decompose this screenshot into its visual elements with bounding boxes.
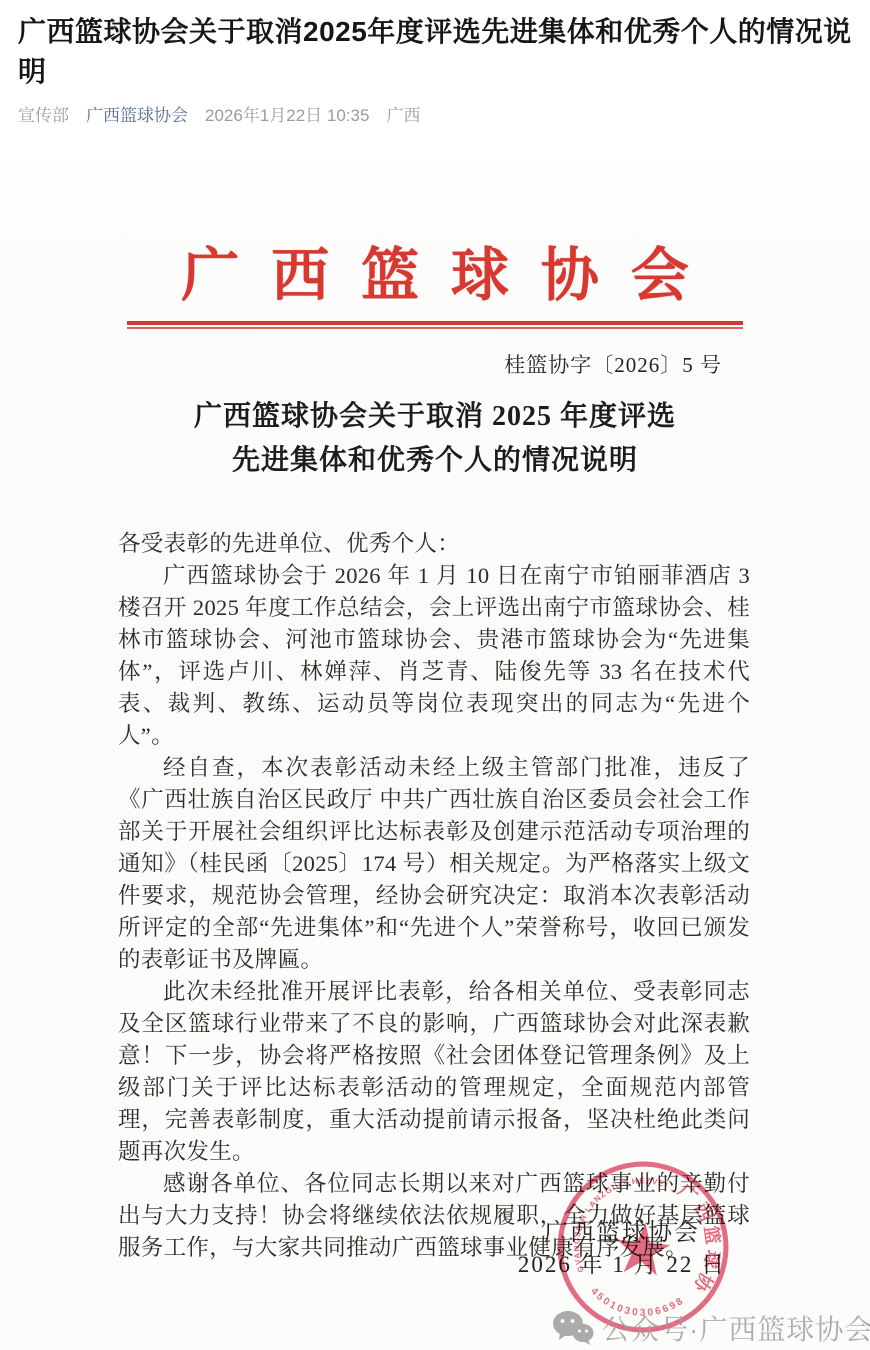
paragraph-3: 此次未经批准开展评比表彰，给各相关单位、受表彰同志及全区篮球行业带来了不良的影响…: [118, 976, 750, 1168]
seal-ring-text: GVANGJSIH LANZGIUZ HEZVEI 广西篮球协会: [543, 1147, 735, 1301]
publish-datetime: 2026年1月22日 10:35: [205, 101, 369, 126]
seal-star-icon: [613, 1220, 672, 1277]
letterhead-title: 广西篮球协会: [0, 228, 870, 312]
account-link[interactable]: 广西篮球协会: [86, 101, 188, 126]
publish-location: 广西: [386, 101, 420, 126]
doc-body: 各受表彰的先进单位、优秀个人： 广西篮球协会于 2026 年 1 月 10 日在…: [118, 528, 750, 1264]
page-title: 广西篮球协会关于取消2025年度评选先进集体和优秀个人的情况说明: [18, 12, 856, 92]
watermark-label: 公众号·广西篮球协会: [602, 1308, 870, 1348]
letterhead-rule: [127, 321, 743, 329]
article-meta: 宣传部 广西篮球协会 2026年1月22日 10:35 广西: [18, 101, 420, 126]
doc-title: 广西篮球协会关于取消 2025 年度评选 先进集体和优秀个人的情况说明: [0, 395, 870, 483]
scanned-letter-image[interactable]: 广西篮球协会 桂篮协字〔2026〕5 号 广西篮球协会关于取消 2025 年度评…: [0, 160, 870, 1350]
doc-title-line2: 先进集体和优秀个人的情况说明: [0, 439, 870, 483]
salutation: 各受表彰的先进单位、优秀个人：: [118, 528, 750, 560]
doc-number: 桂篮协字〔2026〕5 号: [504, 349, 722, 379]
author-label: 宣传部: [18, 101, 69, 126]
paragraph-2: 经自查，本次表彰活动未经上级主管部门批准，违反了《广西壮族自治区民政厅 中共广西…: [118, 752, 750, 976]
account-watermark: 公众号·广西篮球协会: [552, 1308, 870, 1348]
wechat-icon: [552, 1310, 594, 1346]
doc-title-line1: 广西篮球协会关于取消 2025 年度评选: [0, 395, 870, 439]
paragraph-1: 广西篮球协会于 2026 年 1 月 10 日在南宁市铂丽菲酒店 3 楼召开 2…: [118, 560, 750, 752]
